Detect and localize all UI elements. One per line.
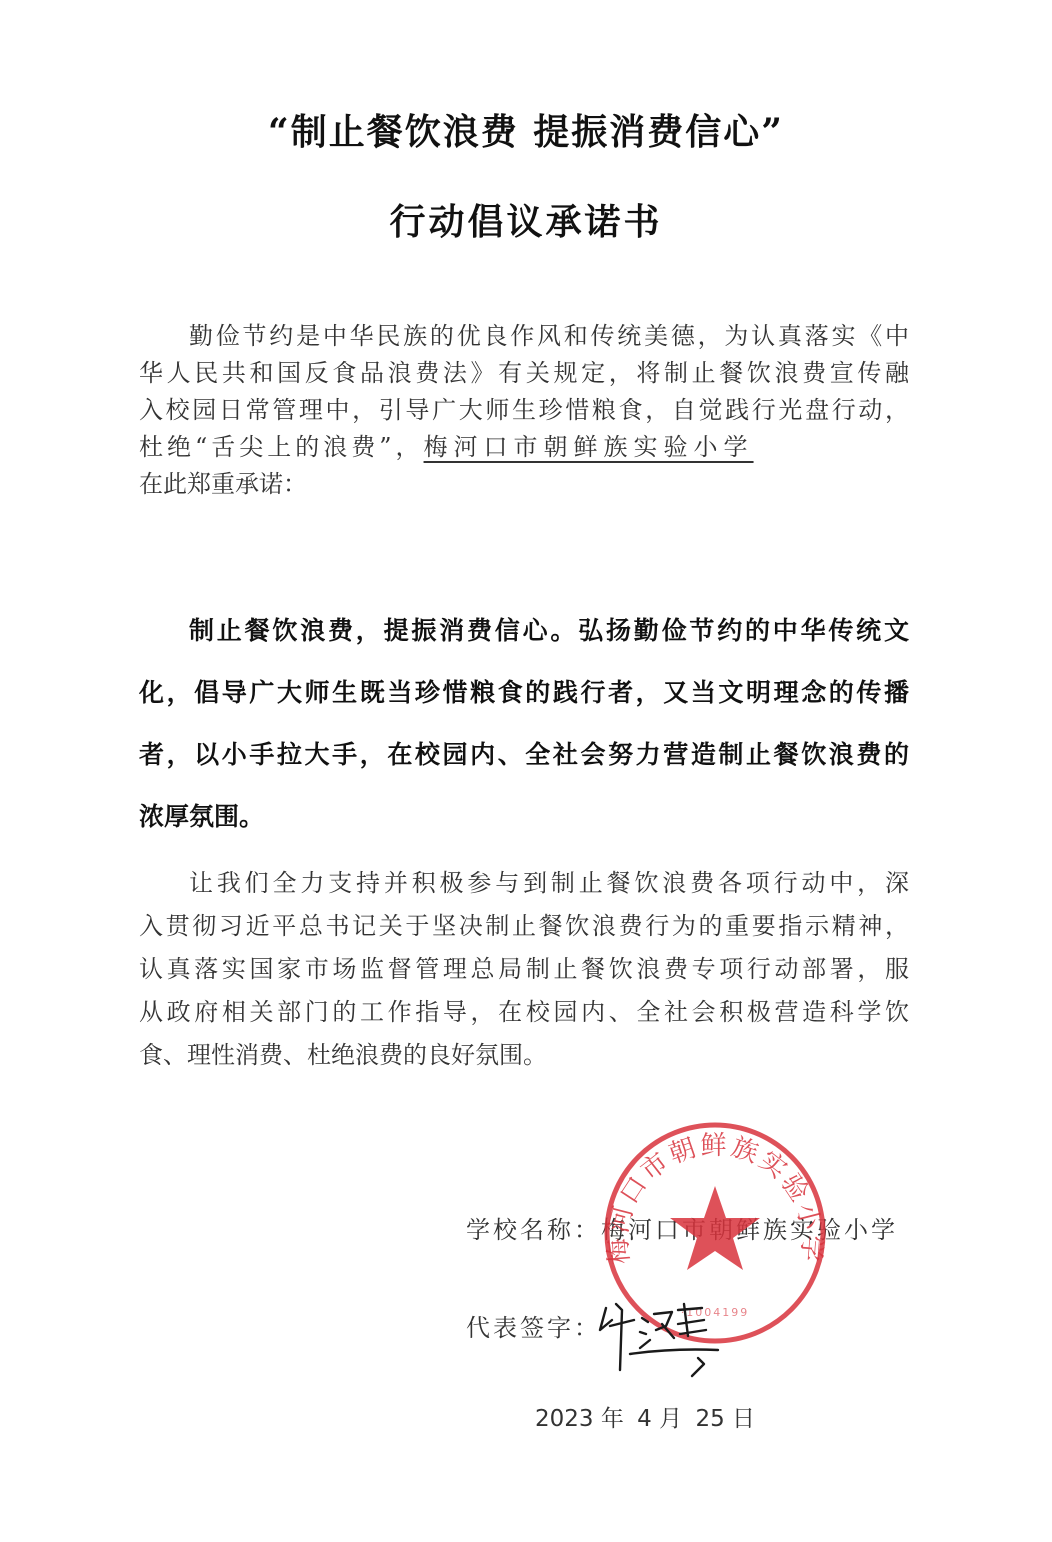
paragraph-line: 杜绝“舌尖上的浪费”，梅河口市朝鲜族实验小学 [139,429,909,466]
paragraph-line: 入贯彻习近平总书记关于坚决制止餐饮浪费行为的重要指示精神， [139,905,909,948]
paragraph-line: 浓厚氛围。 [139,786,909,848]
paragraph-line: 认真落实国家市场监督管理总局制止餐饮浪费专项行动部署，服 [139,948,909,991]
paragraph-line: 从政府相关部门的工作指导，在校园内、全社会积极营造科学饮 [139,991,909,1034]
paragraph-line: 华人民共和国反食品浪费法》有关规定，将制止餐饮浪费宣传融 [139,355,909,392]
paragraph-line: 勤俭节约是中华民族的优良作风和传统美德，为认真落实《中 [139,318,909,355]
date-day: 25 [695,1406,724,1432]
intro-paragraph: 勤俭节约是中华民族的优良作风和传统美德，为认真落实《中 华人民共和国反食品浪费法… [139,318,909,503]
paragraph-line: 入校园日常管理中，引导广大师生珍惜粮食，自觉践行光盘行动， [139,392,909,429]
line-prefix: 杜绝“舌尖上的浪费”， [139,433,424,461]
paragraph-line: 制止餐饮浪费，提振消费信心。弘扬勤俭节约的中华传统文 [139,600,909,662]
paragraph-line: 化，倡导广大师生既当珍惜粮食的践行者，又当文明理念的传播 [139,662,909,724]
date-year: 2023 [535,1406,594,1432]
paragraph-line: 在此郑重承诺： [139,466,909,503]
date-day-unit: 日 [732,1406,755,1432]
commitment-paragraph: 制止餐饮浪费，提振消费信心。弘扬勤俭节约的中华传统文 化，倡导广大师生既当珍惜粮… [139,600,909,848]
school-name-underlined: 梅河口市朝鲜族实验小学 [424,433,754,461]
paragraph-line: 让我们全力支持并积极参与到制止餐饮浪费各项行动中，深 [139,862,909,905]
date-year-unit: 年 [601,1406,624,1432]
school-name-label: 学校名称： [466,1216,601,1244]
handwritten-signature-icon [592,1290,732,1380]
paragraph-line: 者，以小手拉大手，在校园内、全社会努力营造制止餐饮浪费的 [139,724,909,786]
call-to-action-paragraph: 让我们全力支持并积极参与到制止餐饮浪费各项行动中，深 入贯彻习近平总书记关于坚决… [139,862,909,1077]
representative-signature-field: 代表签字： [466,1308,601,1343]
representative-label: 代表签字： [466,1314,601,1342]
document-title-line2: 行动倡议承诺书 [0,194,1052,245]
document-title-line1: “制止餐饮浪费 提振消费信心” [0,104,1052,155]
date-month: 4 [637,1406,652,1432]
paragraph-line: 食、理性消费、杜绝浪费的良好氛围。 [139,1034,909,1077]
date-month-unit: 月 [659,1406,682,1432]
signing-date: 2023 年 4 月 25 日 [535,1400,755,1433]
